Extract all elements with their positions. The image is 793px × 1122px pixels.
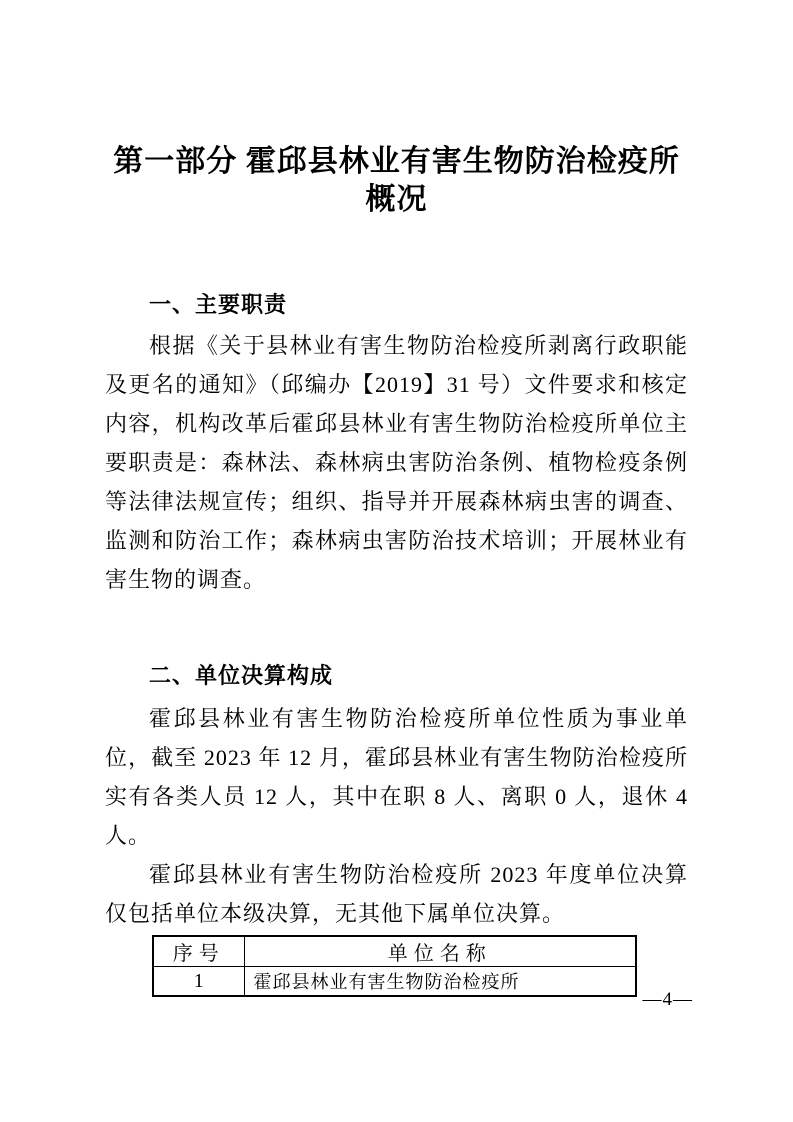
table-header-index: 序号 [153,936,244,967]
section-1-heading: 一、主要职责 [105,290,688,320]
section-1-paragraph-1: 根据《关于县林业有害生物防治检疫所剥离行政职能及更名的通知》（邱编办【2019】… [105,326,688,599]
table-header-unit-name: 单位名称 [244,936,636,967]
section-2-paragraph-1: 霍邱县林业有害生物防治检疫所单位性质为事业单位，截至 2023 年 12 月，霍… [105,699,688,855]
table-cell-index: 1 [153,967,244,997]
section-2-paragraph-2: 霍邱县林业有害生物防治检疫所 2023 年度单位决算仅包括单位本级决算，无其他下… [105,855,688,933]
document-page: 第一部分 霍邱县林业有害生物防治检疫所概况 一、主要职责 根据《关于县林业有害生… [0,0,793,1122]
page-number: —4— [643,989,694,1011]
table-header-row: 序号 单位名称 [153,936,636,967]
page-title: 第一部分 霍邱县林业有害生物防治检疫所概况 [105,143,688,219]
unit-list-table: 序号 单位名称 1 霍邱县林业有害生物防治检疫所 [152,935,637,997]
section-2-heading: 二、单位决算构成 [105,661,688,691]
table-cell-unit-name: 霍邱县林业有害生物防治检疫所 [244,967,636,997]
table-row: 1 霍邱县林业有害生物防治检疫所 [153,967,636,997]
